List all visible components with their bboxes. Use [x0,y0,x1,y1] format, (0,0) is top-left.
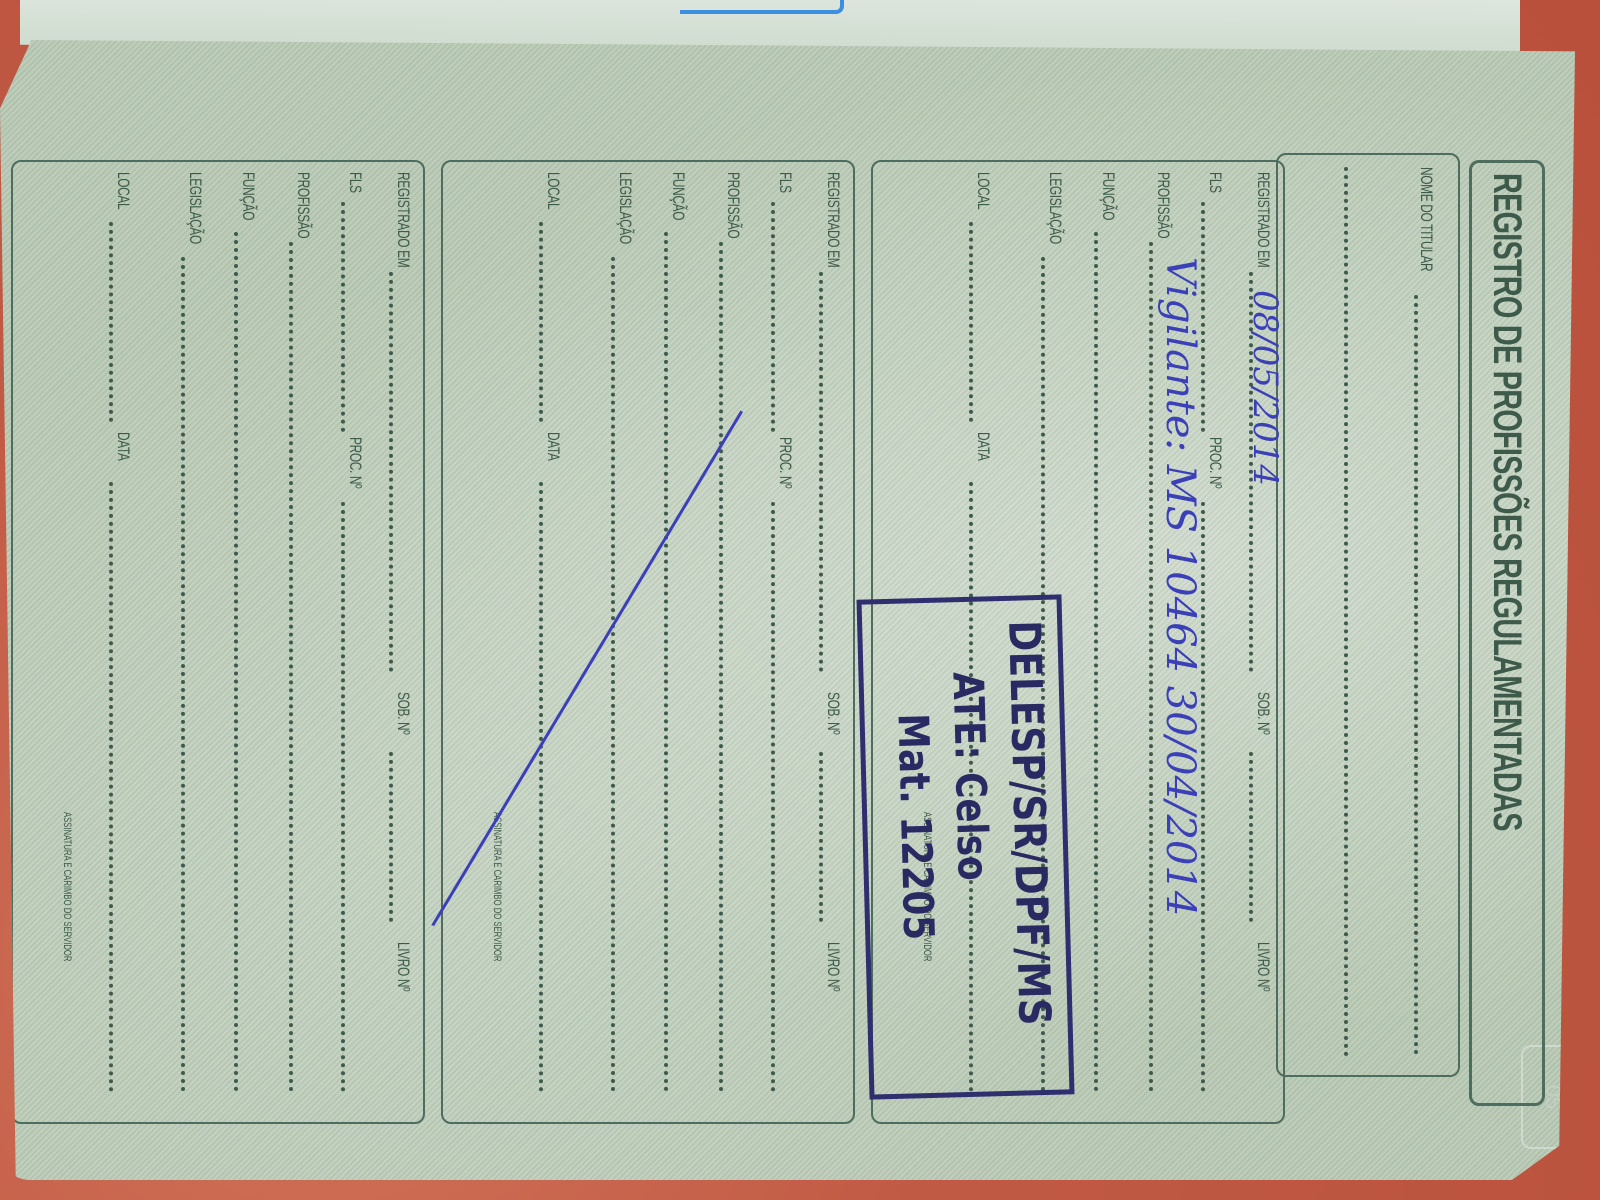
proc-no-label: PROC. Nº [775,437,795,488]
holder-name-field-2[interactable] [1344,167,1348,1057]
sheets-field[interactable] [341,202,345,432]
stamp-line-3: Mat. 12205 [888,713,943,941]
profession-field[interactable] [1149,242,1153,1092]
function-field[interactable] [234,232,238,1092]
function-label: FUNÇÃO [668,172,688,220]
under-no-field[interactable] [1249,752,1253,922]
date-field[interactable] [109,482,113,1092]
registration-section-1: REGISTRADO EM 08/05/2014 SOB. Nº LIVRO N… [871,160,1285,1124]
holder-name-label: NOME DO TITULAR [1416,167,1436,271]
under-no-field[interactable] [389,752,393,922]
registered-on-label: REGISTRADO EM [823,172,843,267]
proc-no-label: PROC. Nº [345,437,365,488]
cancel-strike-line [431,410,743,926]
under-no-label: SOB. Nº [1253,692,1273,734]
function-label: FUNÇÃO [1098,172,1118,220]
sheets-label: FLS [775,172,795,193]
book-no-label: LIVRO Nº [823,942,843,991]
page-title: REGISTRO DE PROFISSÕES REGULAMENTADAS [1485,173,1530,831]
official-stamp: DELESP/SR/DPF/MS ATE: Celso Mat. 12205 [856,594,1074,1099]
title-box: REGISTRO DE PROFISSÕES REGULAMENTADAS [1469,160,1545,1106]
function-field[interactable] [1094,232,1098,1092]
holder-name-box: NOME DO TITULAR [1276,153,1460,1077]
sheets-label: FLS [345,172,365,193]
under-no-label: SOB. Nº [823,692,843,734]
place-label: LOCAL [113,172,133,209]
signature-label: ASSINATURA E CARIMBO DO SERVIDOR [61,812,73,961]
profession-label: PROFISSÃO [1153,172,1173,238]
place-label: LOCAL [973,172,993,209]
registered-on-label: REGISTRADO EM [393,172,413,267]
profession-field[interactable] [289,242,293,1092]
profession-value: Vigilante: MS 10464 30/04/2014 [1157,257,1203,916]
place-label: LOCAL [543,172,563,209]
date-label: DATA [973,432,993,461]
registration-section-3: REGISTRADO EM SOB. Nº LIVRO Nº FLS PROC.… [11,160,425,1124]
sheets-field[interactable] [771,202,775,432]
registered-on-label: REGISTRADO EM [1253,172,1273,267]
stamp-line-2: ATE: Celso [943,671,997,881]
date-label: DATA [543,432,563,461]
place-field[interactable] [539,222,543,422]
registered-on-field[interactable] [389,272,393,672]
function-field[interactable] [664,232,668,1092]
under-no-label: SOB. Nº [393,692,413,734]
legislation-label: LEGISLAÇÃO [185,172,205,244]
holder-name-field[interactable] [1414,295,1418,1055]
date-field[interactable] [539,482,543,1092]
under-no-field[interactable] [819,752,823,922]
signature-label: ASSINATURA E CARIMBO DO SERVIDOR [491,812,503,961]
place-field[interactable] [109,222,113,422]
function-label: FUNÇÃO [238,172,258,220]
book-no-label: LIVRO Nº [1253,942,1273,991]
registered-on-field[interactable] [819,272,823,672]
legislation-label: LEGISLAÇÃO [1045,172,1065,244]
profession-label: PROFISSÃO [723,172,743,238]
profession-label: PROFISSÃO [293,172,313,238]
sheets-label: FLS [1205,172,1225,193]
proc-no-field[interactable] [341,502,345,1092]
legislation-field[interactable] [611,257,615,1092]
registration-section-2: REGISTRADO EM SOB. Nº LIVRO Nº FLS PROC.… [441,160,855,1124]
date-label: DATA [113,432,133,461]
stamp-line-1: DELESP/SR/DPF/MS [998,620,1060,1026]
ink-mark [680,0,844,14]
book-no-label: LIVRO Nº [393,942,413,991]
page-content-rotated: 05 REGISTRO DE PROFISSÕES REGULAMENTADAS… [15,105,1545,1165]
profession-field[interactable] [719,242,723,1092]
legislation-field[interactable] [181,257,185,1092]
legislation-label: LEGISLAÇÃO [615,172,635,244]
booklet-page: 05 REGISTRO DE PROFISSÕES REGULAMENTADAS… [0,40,1575,1180]
proc-no-label: PROC. Nº [1205,437,1225,488]
proc-no-field[interactable] [771,502,775,1092]
place-field[interactable] [969,222,973,422]
registered-on-value: 08/05/2014 [1245,290,1285,486]
